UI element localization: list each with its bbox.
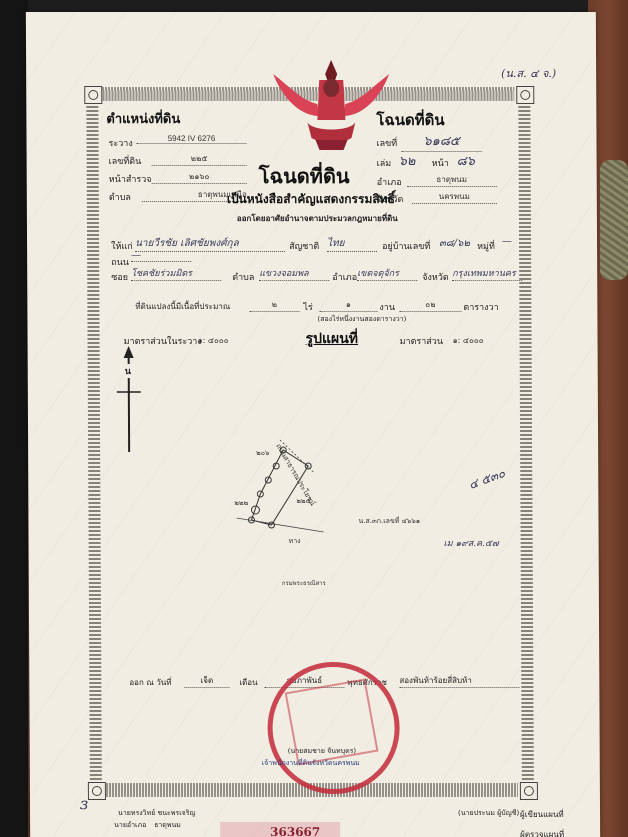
owner-name: นายวีรชัย เลิศชัยพงศ์กุล — [135, 236, 285, 252]
parcel-label: เลขที่ดิน — [109, 154, 142, 168]
north-label: น — [125, 364, 131, 378]
given-year: สองพันห้าร้อยสี่สิบห้า — [399, 674, 519, 688]
map-reference: น.ส.๓ก.เลขที่ ๔๖๖๑ — [358, 516, 420, 527]
document-title: โฉนดที่ดิน — [259, 160, 350, 192]
page-label: หน้า — [432, 156, 449, 170]
border-bottom — [106, 783, 518, 797]
map-writer-role: ผู้เขียนแผนที่ — [520, 808, 564, 821]
map-heading: รูปแผนที่ — [305, 328, 358, 350]
left-signatory-district: ธาตุพนม — [154, 820, 181, 831]
corner-ornament-bl — [88, 782, 106, 800]
garuda-emblem-icon — [271, 60, 391, 152]
area-ngan: ๑ — [319, 298, 377, 312]
district-value: ธาตุพนม — [407, 173, 497, 187]
subdistrict-label: ตำบล — [109, 190, 131, 204]
map-south-label: ทาง — [289, 536, 301, 547]
tambon-value: แขวงจอมพล — [259, 266, 329, 281]
month-label: เดือน — [239, 676, 257, 689]
north-arrow-icon — [114, 344, 145, 454]
area-rai: ๒ — [249, 298, 299, 312]
map-footer: กรมพระธรณีสาร — [282, 578, 326, 588]
address-label: อยู่บ้านเลขที่ — [382, 239, 430, 253]
left-signatory-title: นายอำเภอ — [114, 820, 146, 831]
map-road-label: ถนนสาธารณประโยชน์ — [273, 442, 318, 508]
scale-right-value: ๑: ๔๐๐๐ — [453, 334, 484, 347]
tambon-label: ตำบล — [232, 270, 254, 284]
parcel-map-diagram — [208, 432, 379, 542]
ngan-label: งาน — [379, 300, 395, 314]
soi-value: โชคชัยร่วมมิตร — [131, 266, 221, 281]
form-code: (น.ส. ๔ จ.) — [501, 64, 556, 82]
province-owner-value: กรุงเทพมหานคร — [452, 266, 522, 281]
official-red-seal — [267, 662, 400, 794]
official-title: เจ้าพนักงานที่ดินจังหวัดนครพนม — [262, 758, 360, 769]
soi-label: ซอย — [111, 270, 128, 284]
road-label: ถนน — [111, 255, 129, 269]
deed-number-value: ๖๑๘๕ — [401, 130, 481, 152]
map-neighbor-north: ๒๐๖ — [256, 448, 269, 459]
province-owner-label: จังหวัด — [422, 270, 449, 284]
corner-ornament-br — [520, 782, 538, 800]
border-top — [102, 87, 514, 101]
sheet-value: 5942 IV 6276 — [136, 134, 246, 144]
keyboard-edge — [0, 0, 28, 837]
corner-ornament-tr — [516, 86, 534, 104]
map-annotation: ๔ ๕๓๐ — [466, 464, 508, 495]
map-checker-role: ผู้ตรวจแผนที่ — [520, 828, 564, 837]
given-label: ออก ณ วันที่ — [129, 676, 171, 689]
scale-left-value: ๑: ๔๐๐๐ — [198, 334, 229, 347]
issued-by: ออกโดยอาศัยอำนาจตามประมวลกฎหมายที่ดิน — [237, 212, 398, 225]
subdistrict-value: ธาตุพนมเหนือ — [142, 188, 247, 202]
deed-header: โฉนดที่ดิน — [376, 108, 444, 132]
province-value: นครพนม — [412, 190, 497, 204]
district-label: อำเภอ — [377, 175, 402, 189]
road-value: — — [131, 250, 191, 262]
deed-number-label: เลขที่ — [376, 136, 397, 150]
parcel-value: ๒๒๕ — [152, 152, 247, 166]
border-left — [86, 104, 102, 780]
serial-number: 363667 — [270, 825, 320, 837]
survey-page-value: ๒๑๖๐ — [152, 170, 247, 184]
land-title-deed: (น.ส. ๔ จ.) ตำแหน่งที่ดิน ระวาง 5942 IV … — [26, 12, 600, 837]
serial-seal — [220, 822, 340, 837]
survey-page-label: หน้าสำรวจ — [109, 172, 152, 186]
left-signatory: นายทรงวิทย์ ชนะพรเจริญ — [118, 808, 195, 819]
map-date-note: เม ๑๙ส.ค.๕๗ — [444, 536, 499, 550]
province-label: จังหวัด — [377, 192, 404, 206]
scale-right-label: มาตราส่วน — [400, 334, 443, 348]
area-wa: ๐๒ — [399, 298, 461, 312]
moo-label: หมู่ที่ — [477, 239, 495, 253]
given-day: เจ็ด — [184, 674, 229, 688]
border-right — [518, 104, 534, 780]
given-month: กุมภาพันธ์ — [264, 674, 344, 688]
nationality-label: สัญชาติ — [289, 239, 319, 253]
year-label: พุทธศักราช — [347, 676, 387, 689]
scale-left-label: มาตราส่วนในระวาง — [124, 334, 202, 348]
moo-value: — — [502, 236, 512, 247]
corner-ornament-tl — [84, 86, 102, 104]
cable — [600, 160, 628, 280]
map-neighbor-west: ๒๒๒ — [234, 498, 248, 509]
area-intro: ที่ดินแปลงนี้มีเนื้อที่ประมาณ — [135, 300, 230, 313]
owner-to-label: ให้แก่ — [111, 239, 133, 253]
right-signatory: (นายประนม ผู้บัญชี) — [458, 808, 519, 819]
book-value: ๖๒ — [399, 150, 416, 171]
address-value: ๓๘/๖๒ — [439, 236, 470, 251]
amphoe-value: เขตจตุจักร — [357, 266, 417, 281]
sheet-label: ระวาง — [108, 136, 132, 150]
page-value: ๘๖ — [457, 150, 475, 171]
map-parcel-id: ๒๒๕ — [296, 496, 311, 507]
book-label: เล่ม — [377, 156, 392, 170]
rai-label: ไร่ — [303, 300, 312, 314]
nationality-value: ไทย — [327, 236, 377, 252]
official-name: (นายสมชาย จันทบุตร) — [288, 746, 356, 757]
left-signature-scrawl: ɜ — [80, 794, 88, 813]
amphoe-label: อำเภอ — [332, 270, 357, 284]
wa-label: ตารางวา — [463, 300, 498, 314]
location-header: ตำแหน่งที่ดิน — [106, 108, 180, 129]
area-note: (สองไร่หนึ่งงานสองตารางวา) — [317, 314, 406, 325]
document-subtitle: เป็นหนังสือสำคัญแสดงกรรมสิทธิ์ — [227, 190, 395, 209]
